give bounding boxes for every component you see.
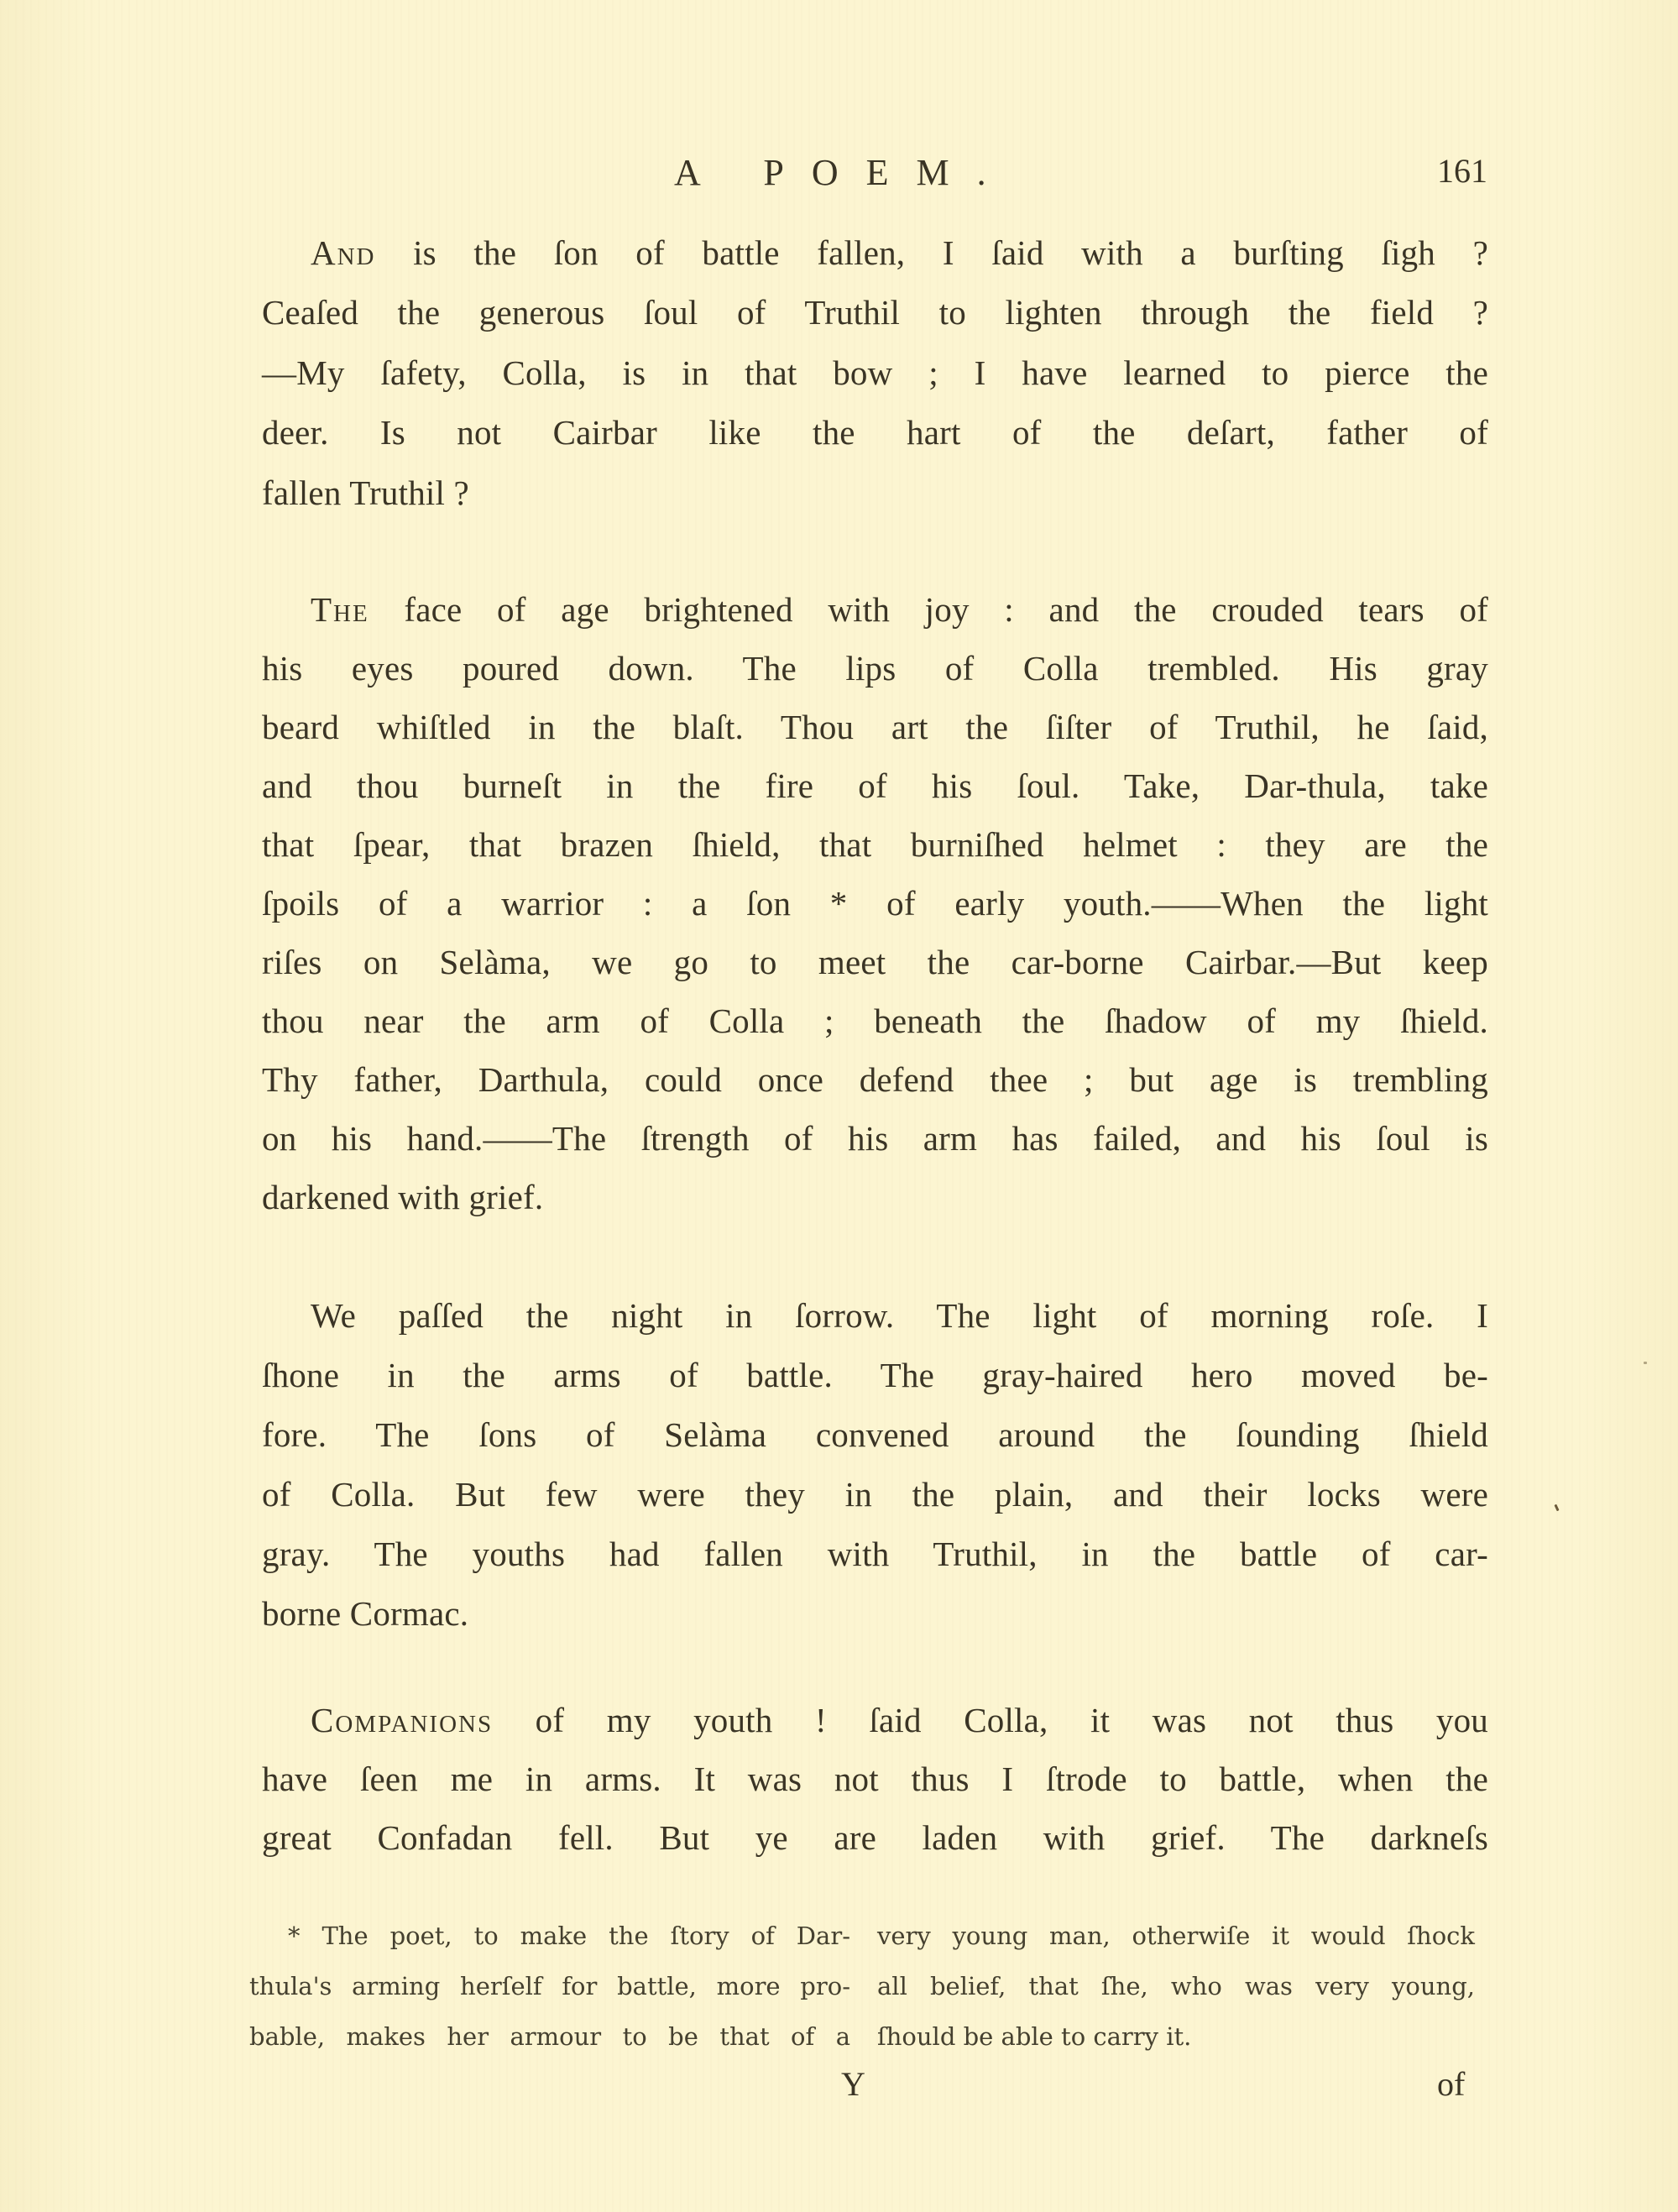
paper-background bbox=[0, 0, 1678, 2212]
text-line: fallen Truthil ? bbox=[262, 476, 469, 510]
small-caps-lead: And bbox=[311, 233, 376, 272]
page-number: 161 bbox=[1437, 154, 1487, 188]
text-line: borne Cormac. bbox=[262, 1597, 468, 1631]
text-line: deer. Is not Cairbar like the hart of th… bbox=[262, 416, 1488, 450]
text-line: —My ſafety, Colla, is in that bow ; I ha… bbox=[262, 356, 1488, 390]
footnote-line: ſhould be able to carry it. bbox=[877, 2025, 1191, 2049]
text-line: ſpoils of a warrior : a ſon * of early y… bbox=[262, 886, 1488, 921]
signature-mark: Y bbox=[841, 2068, 865, 2101]
text-line: Companions of my youth ! ſaid Colla, it … bbox=[311, 1703, 1488, 1738]
text-line: Thy father, Darthula, could once defend … bbox=[262, 1063, 1488, 1097]
line-text: face of age brightened with joy : and th… bbox=[369, 590, 1488, 629]
footnote-line: thula's arming herſelf for battle, more … bbox=[249, 1974, 850, 1999]
running-title: A POEM. bbox=[674, 154, 1014, 191]
footnote-line: * The poet, to make the ſtory of Dar- bbox=[288, 1924, 850, 1948]
text-line: darkened with grief. bbox=[262, 1180, 543, 1215]
text-line: fore. The ſons of Selàma convened around… bbox=[262, 1418, 1488, 1452]
footnote-line: bable, makes her armour to be that of a bbox=[249, 2025, 850, 2049]
text-line: The face of age brightened with joy : an… bbox=[311, 593, 1488, 627]
small-caps-lead: Companions bbox=[311, 1701, 493, 1739]
text-line: that ſpear, that brazen ſhield, that bur… bbox=[262, 828, 1488, 862]
line-text: of my youth ! ſaid Colla, it was not thu… bbox=[493, 1701, 1488, 1739]
footnote-line: very young man, otherwiſe it would ſhock bbox=[877, 1924, 1475, 1948]
footnote-text: The poet, to make the ſtory of Dar- bbox=[301, 1922, 851, 1950]
text-line: Ceaſed the generous ſoul of Truthil to l… bbox=[262, 295, 1488, 330]
paper-speck bbox=[1644, 1362, 1647, 1364]
small-caps-lead: The bbox=[311, 590, 369, 629]
text-line: beard whiſtled in the blaſt. Thou art th… bbox=[262, 710, 1488, 745]
text-line: and thou burneſt in the fire of his ſoul… bbox=[262, 769, 1488, 803]
footnote-line: all belief, that ſhe, who was very young… bbox=[877, 1974, 1475, 1999]
catchword: of bbox=[1437, 2068, 1465, 2101]
text-line: great Confadan fell. But ye are laden wi… bbox=[262, 1821, 1488, 1855]
text-line: gray. The youths had fallen with Truthil… bbox=[262, 1537, 1488, 1571]
text-line: And is the ſon of battle fallen, I ſaid … bbox=[311, 236, 1488, 270]
text-line: We paſſed the night in ſorrow. The light… bbox=[311, 1299, 1488, 1333]
text-line: riſes on Selàma, we go to meet the car-b… bbox=[262, 945, 1488, 980]
text-line: his eyes poured down. The lips of Colla … bbox=[262, 651, 1488, 686]
text-line: thou near the arm of Colla ; beneath the… bbox=[262, 1004, 1488, 1038]
text-line: of Colla. But few were they in the plain… bbox=[262, 1477, 1488, 1512]
footnote-marker: * bbox=[288, 1922, 301, 1950]
text-line: on his hand.——The ſtrength of his arm ha… bbox=[262, 1122, 1488, 1156]
line-text: is the ſon of battle fallen, I ſaid with… bbox=[376, 233, 1489, 272]
text-line: have ſeen me in arms. It was not thus I … bbox=[262, 1762, 1488, 1796]
text-line: ſhone in the arms of battle. The gray-ha… bbox=[262, 1358, 1488, 1393]
